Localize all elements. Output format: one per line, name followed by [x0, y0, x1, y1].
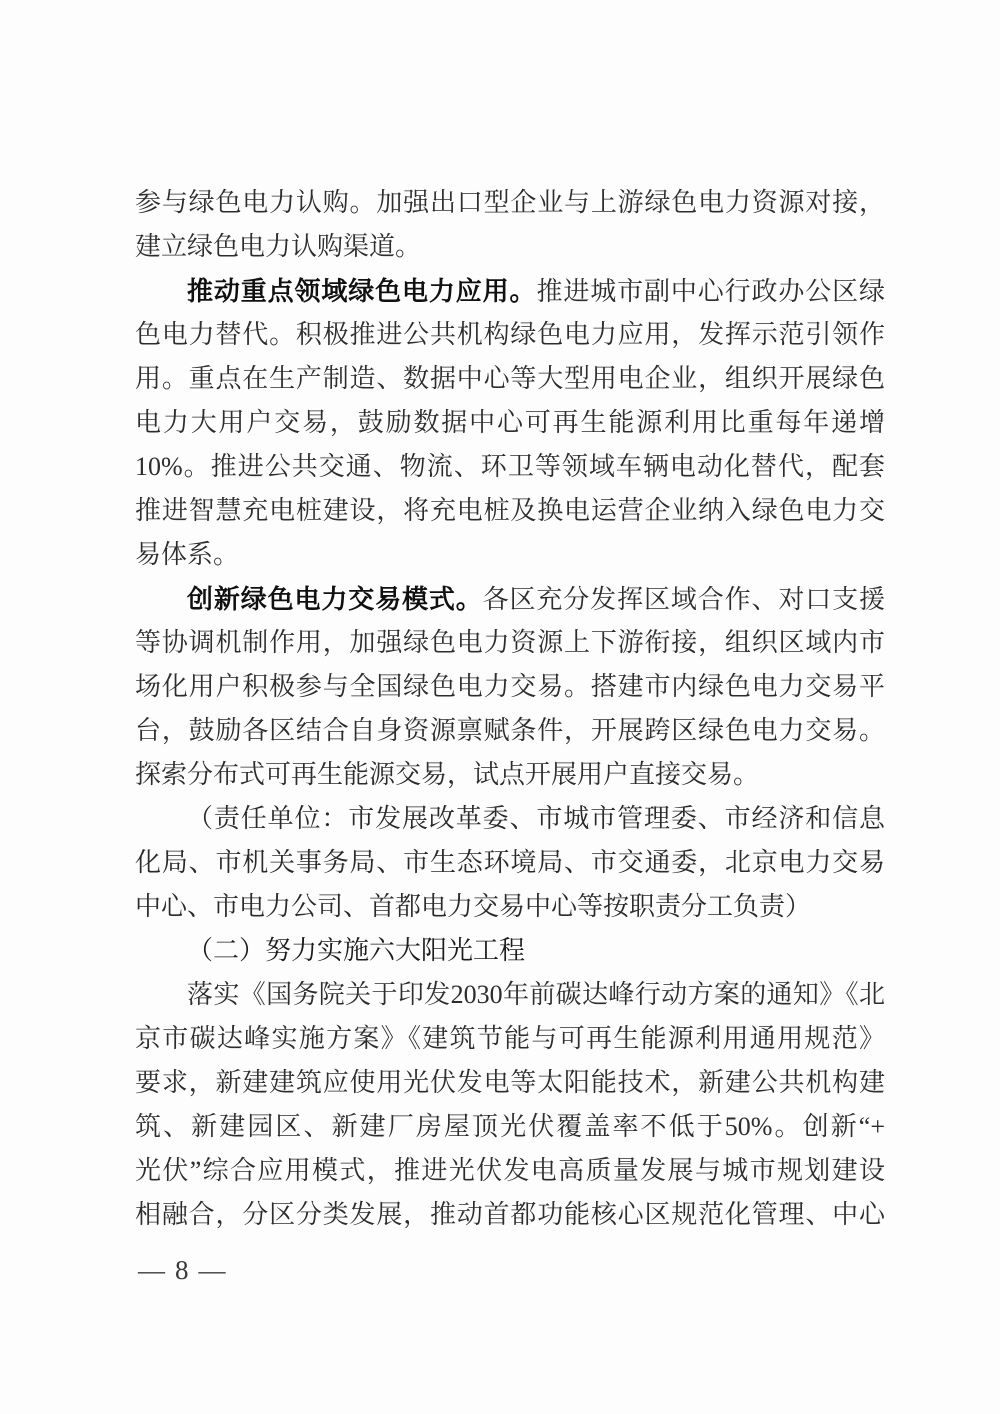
text-line: 用。重点在生产制造、数据中心等大型用电企业，组织开展绿色	[135, 357, 885, 401]
line-text: 推进智慧充电桩建设，将充电桩及换电运营企业纳入绿色电力交	[135, 496, 885, 525]
bold-lead: 推动重点领域绿色电力应用。	[187, 276, 536, 306]
line-text: 相融合，分区分类发展，推动首都功能核心区规范化管理、中心	[135, 1200, 885, 1229]
text-line: 参与绿色电力认购。加强出口型企业与上游绿色电力资源对接，	[135, 181, 885, 225]
text-line: 光伏”综合应用模式，推进光伏发电高质量发展与城市规划建设	[135, 1149, 885, 1193]
text-line: 台，鼓励各区结合自身资源禀赋条件，开展跨区绿色电力交易。	[135, 709, 885, 753]
line-text: 台，鼓励各区结合自身资源禀赋条件，开展跨区绿色电力交易。	[135, 716, 885, 745]
line-text: 各区充分发挥区域合作、对口支援	[483, 585, 885, 614]
text-line: 色电力替代。积极推进公共机构绿色电力应用，发挥示范引领作	[135, 313, 885, 357]
line-text: 建立绿色电力认购渠道。	[135, 232, 421, 261]
line-text: （二）努力实施六大阳光工程	[187, 936, 525, 965]
text-line: 京市碳达峰实施方案》《建筑节能与可再生能源利用通用规范》	[135, 1017, 885, 1061]
line-text: 等协调机制作用，加强绿色电力资源上下游衔接，组织区域内市	[135, 628, 885, 657]
page: 参与绿色电力认购。加强出口型企业与上游绿色电力资源对接， 建立绿色电力认购渠道。…	[0, 0, 1000, 1414]
line-text: 京市碳达峰实施方案》《建筑节能与可再生能源利用通用规范》	[135, 1024, 885, 1053]
text-line: 落实《国务院关于印发2030年前碳达峰行动方案的通知》《北	[135, 973, 885, 1017]
section-heading: （二）努力实施六大阳光工程	[135, 929, 885, 973]
text-line: 筑、新建园区、新建厂房屋顶光伏覆盖率不低于50%。创新“+	[135, 1105, 885, 1149]
page-footer: — 8 —	[138, 1252, 226, 1288]
line-text: 10%。推进公共交通、物流、环卫等领域车辆电动化替代，配套	[135, 452, 885, 481]
line-text: 落实《国务院关于印发2030年前碳达峰行动方案的通知》《北	[187, 980, 885, 1009]
line-text: 色电力替代。积极推进公共机构绿色电力应用，发挥示范引领作	[135, 320, 885, 349]
text-line: 等协调机制作用，加强绿色电力资源上下游衔接，组织区域内市	[135, 621, 885, 665]
text-line: 相融合，分区分类发展，推动首都功能核心区规范化管理、中心	[135, 1193, 885, 1237]
line-text: 化局、市机关事务局、市生态环境局、市交通委，北京电力交易	[135, 848, 885, 877]
text-line: （责任单位：市发展改革委、市城市管理委、市经济和信息	[135, 797, 885, 841]
line-text: 中心、市电力公司、首都电力交易中心等按职责分工负责）	[135, 892, 811, 921]
line-text: 电力大用户交易，鼓励数据中心可再生能源利用比重每年递增	[135, 408, 885, 437]
footer-dash-left: —	[138, 1252, 165, 1288]
text-line: 化局、市机关事务局、市生态环境局、市交通委，北京电力交易	[135, 841, 885, 885]
text-line: 建立绿色电力认购渠道。	[135, 225, 885, 269]
text-line: 推动重点领域绿色电力应用。推进城市副中心行政办公区绿	[135, 269, 885, 313]
document-body: 参与绿色电力认购。加强出口型企业与上游绿色电力资源对接， 建立绿色电力认购渠道。…	[135, 181, 885, 1237]
line-text: 易体系。	[135, 540, 239, 569]
text-line: 推进智慧充电桩建设，将充电桩及换电运营企业纳入绿色电力交	[135, 489, 885, 533]
text-line: 中心、市电力公司、首都电力交易中心等按职责分工负责）	[135, 885, 885, 929]
text-line: 易体系。	[135, 533, 885, 577]
line-text: 要求，新建建筑应使用光伏发电等太阳能技术，新建公共机构建	[135, 1068, 885, 1097]
line-text: 光伏”综合应用模式，推进光伏发电高质量发展与城市规划建设	[135, 1156, 885, 1185]
line-text: 筑、新建园区、新建厂房屋顶光伏覆盖率不低于50%。创新“+	[135, 1112, 885, 1141]
text-line: 场化用户积极参与全国绿色电力交易。搭建市内绿色电力交易平	[135, 665, 885, 709]
text-line: 电力大用户交易，鼓励数据中心可再生能源利用比重每年递增	[135, 401, 885, 445]
text-line: 探索分布式可再生能源交易，试点开展用户直接交易。	[135, 753, 885, 797]
footer-dash-right: —	[199, 1252, 226, 1288]
line-text: （责任单位：市发展改革委、市城市管理委、市经济和信息	[187, 804, 885, 833]
text-line: 要求，新建建筑应使用光伏发电等太阳能技术，新建公共机构建	[135, 1061, 885, 1105]
line-text: 用。重点在生产制造、数据中心等大型用电企业，组织开展绿色	[135, 364, 885, 393]
line-text: 探索分布式可再生能源交易，试点开展用户直接交易。	[135, 760, 759, 789]
line-text: 场化用户积极参与全国绿色电力交易。搭建市内绿色电力交易平	[135, 672, 885, 701]
text-line: 10%。推进公共交通、物流、环卫等领域车辆电动化替代，配套	[135, 445, 885, 489]
line-text: 参与绿色电力认购。加强出口型企业与上游绿色电力资源对接，	[135, 188, 885, 217]
page-number: 8	[175, 1252, 189, 1288]
line-text: 推进城市副中心行政办公区绿	[536, 277, 885, 306]
bold-lead: 创新绿色电力交易模式。	[187, 584, 483, 614]
text-line: 创新绿色电力交易模式。各区充分发挥区域合作、对口支援	[135, 577, 885, 621]
